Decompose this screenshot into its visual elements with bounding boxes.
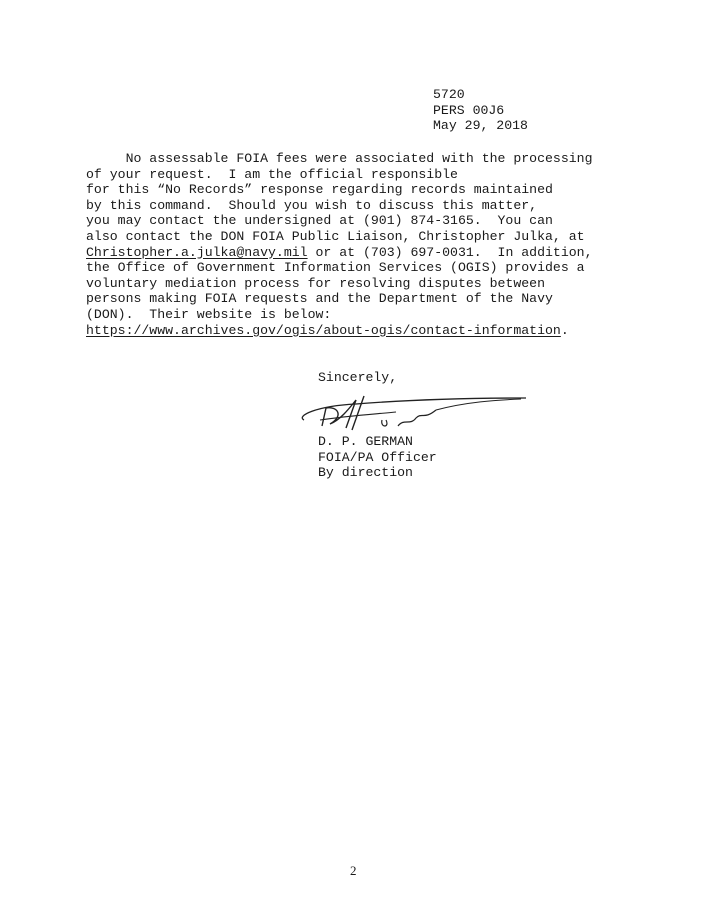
body-line: of your request. I am the official respo… (86, 167, 593, 183)
body-line: No assessable FOIA fees were associated … (86, 151, 593, 167)
letter-date: May 29, 2018 (433, 118, 528, 134)
body-line: persons making FOIA requests and the Dep… (86, 291, 593, 307)
handwritten-signature-icon (286, 390, 546, 438)
office-code: PERS 00J6 (433, 103, 528, 119)
body-line: the Office of Government Information Ser… (86, 260, 593, 276)
signer-authority: By direction (318, 465, 437, 481)
url-period: . (561, 323, 569, 338)
letter-body: No assessable FOIA fees were associated … (86, 151, 593, 338)
signer-name: D. P. GERMAN (318, 434, 437, 450)
body-line: for this “No Records” response regarding… (86, 182, 593, 198)
body-line: by this command. Should you wish to disc… (86, 198, 593, 214)
page-number: 2 (350, 863, 357, 879)
body-line-email: Christopher.a.julka@navy.mil or at (703)… (86, 245, 593, 261)
letter-page: 5720PERS 00J6May 29, 2018 No assessable … (0, 0, 705, 912)
ssic-code: 5720 (433, 87, 528, 103)
letter-header: 5720PERS 00J6May 29, 2018 (433, 87, 528, 134)
body-line: you may contact the undersigned at (901)… (86, 213, 593, 229)
body-line: voluntary mediation process for resolvin… (86, 276, 593, 292)
body-line: (DON). Their website is below: (86, 307, 593, 323)
signature-block: D. P. GERMANFOIA/PA OfficerBy direction (318, 434, 437, 481)
body-text: or at (703) 697-0031. In addition, (308, 245, 593, 260)
closing: Sincerely, (318, 370, 397, 386)
website-link[interactable]: https://www.archives.gov/ogis/about-ogis… (86, 323, 561, 338)
signer-title: FOIA/PA Officer (318, 450, 437, 466)
email-link[interactable]: Christopher.a.julka@navy.mil (86, 245, 308, 260)
body-line: also contact the DON FOIA Public Liaison… (86, 229, 593, 245)
body-line-url: https://www.archives.gov/ogis/about-ogis… (86, 323, 593, 339)
